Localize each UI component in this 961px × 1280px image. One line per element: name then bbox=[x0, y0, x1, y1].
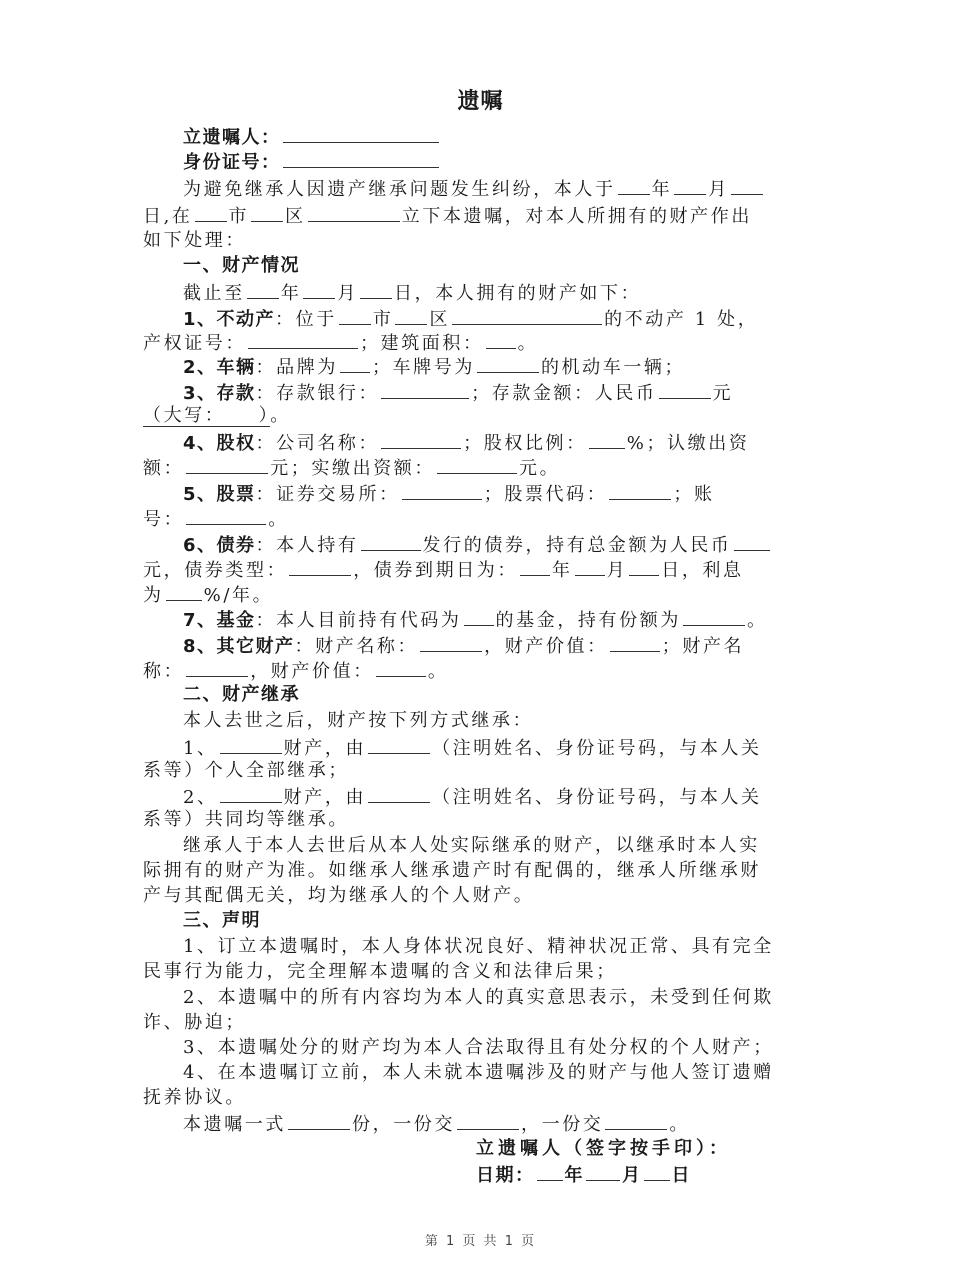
copy-recipient-1-blank[interactable] bbox=[457, 1111, 519, 1130]
intro-text: 立下本遗嘱，对本人所拥有的财产作出 bbox=[402, 206, 752, 227]
vehicle-brand-blank[interactable] bbox=[340, 354, 370, 373]
intro-year-blank[interactable] bbox=[618, 176, 650, 195]
inherit-1-asset-blank[interactable] bbox=[220, 735, 282, 754]
section-heading-declaration: 三、声明 bbox=[143, 909, 863, 933]
document-title: 遗嘱 bbox=[0, 84, 961, 115]
item-text: ，一份交 bbox=[521, 1114, 603, 1135]
intro-address-blank[interactable] bbox=[308, 203, 400, 222]
item-text: 的不动产 1 处， bbox=[604, 309, 758, 330]
bond-line-2: 元，债券类型：，债券到期日为：年月日，利息 bbox=[143, 557, 823, 583]
id-field-row: 身份证号： bbox=[143, 149, 863, 175]
id-label: 身份证号： bbox=[183, 152, 281, 173]
testator-label: 立遗嘱人： bbox=[183, 127, 281, 148]
inheritance-item-1-line-1: 1、财产，由（注明姓名、身份证号码，与本人关 bbox=[143, 735, 863, 761]
subscribed-capital-blank[interactable] bbox=[186, 455, 268, 474]
year-text: 年 bbox=[552, 560, 573, 581]
inherit-2-heir-blank[interactable] bbox=[368, 784, 430, 803]
item-text: 称： bbox=[143, 661, 184, 682]
item-text: ；股权比例： bbox=[463, 433, 587, 454]
maturity-month-blank[interactable] bbox=[575, 557, 605, 576]
signature-date-line: 日期：年月日 bbox=[476, 1162, 796, 1188]
fund-line: 7、基金：本人目前持有代码为的基金，持有份额为。 bbox=[143, 607, 863, 633]
item-text: ：本人目前持有代码为 bbox=[256, 610, 462, 631]
month-text: 月 bbox=[708, 179, 729, 200]
item-text: %/年。 bbox=[204, 585, 274, 606]
date-label: 日期： bbox=[476, 1165, 535, 1186]
fund-shares-blank[interactable] bbox=[683, 607, 745, 626]
intro-city-blank[interactable] bbox=[195, 203, 227, 222]
real-estate-address-blank[interactable] bbox=[452, 306, 602, 325]
sign-day-blank[interactable] bbox=[644, 1162, 670, 1181]
real-estate-line-1: 1、不动产：位于市区的不动产 1 处， bbox=[143, 306, 863, 332]
intro-month-blank[interactable] bbox=[674, 176, 706, 195]
intro-text: 为避免继承人因遗产继承问题发生纠纷，本人于 bbox=[183, 179, 616, 200]
item-text: 产权证号： bbox=[143, 333, 246, 354]
item-text: 份，一份交 bbox=[352, 1114, 455, 1135]
day-text: 日 bbox=[672, 1165, 692, 1186]
item-text: 为 bbox=[143, 585, 164, 606]
company-name-blank[interactable] bbox=[381, 430, 461, 449]
fund-code-blank[interactable] bbox=[464, 607, 494, 626]
declaration-4-line-2: 抚养协议。 bbox=[143, 1086, 823, 1110]
inherit-2-asset-blank[interactable] bbox=[220, 784, 282, 803]
city-text: 市 bbox=[229, 206, 250, 227]
item-text: ；建筑面积： bbox=[360, 333, 484, 354]
declaration-1-line-1: 1、订立本遗嘱时，本人身体状况良好、精神状况正常、具有完全 bbox=[143, 935, 863, 959]
bond-issuer-blank[interactable] bbox=[361, 532, 421, 551]
inheritance-para-line-2: 际拥有的财产为准。如继承人继承遗产时有配偶的，继承人所继承财 bbox=[143, 859, 823, 883]
item-text: 发行的债券，持有总金额为人民币 bbox=[423, 535, 732, 556]
asset-value-2-blank[interactable] bbox=[376, 658, 426, 677]
section-heading-inheritance: 二、财产继承 bbox=[143, 683, 863, 707]
sign-month-blank[interactable] bbox=[586, 1162, 620, 1181]
item-text: 元；实缴出资额： bbox=[270, 458, 435, 479]
other-assets-line-1: 8、其它财产：财产名称：，财产价值：；财产名 bbox=[143, 633, 863, 659]
vehicle-line: 2、车辆：品牌为；车牌号为的机动车一辆； bbox=[143, 354, 863, 380]
stock-line-2: 号：。 bbox=[143, 506, 823, 532]
copy-recipient-2-blank[interactable] bbox=[605, 1111, 667, 1130]
item-text: ；股票代码： bbox=[484, 484, 608, 505]
city-text: 市 bbox=[373, 309, 394, 330]
document-page: 遗嘱 立遗嘱人： 身份证号： 为避免继承人因遗产继承问题发生纠纷，本人于年月 日… bbox=[0, 0, 961, 1280]
inheritance-para-line-3: 产与其配偶无关，均为继承人的个人财产。 bbox=[143, 884, 823, 908]
asof-text: 日，本人拥有的财产如下： bbox=[394, 283, 641, 304]
copies-count-blank[interactable] bbox=[288, 1111, 350, 1130]
inheritance-item-2-line-2: 系等）共同均等继承。 bbox=[143, 808, 823, 832]
vehicle-label: 2、车辆 bbox=[183, 357, 256, 378]
item-text: （注明姓名、身份证号码，与本人关 bbox=[432, 787, 762, 808]
item-text: ；账 bbox=[673, 484, 714, 505]
bond-label: 6、债券 bbox=[183, 535, 256, 556]
plate-number-blank[interactable] bbox=[477, 354, 539, 373]
account-number-blank[interactable] bbox=[186, 506, 266, 525]
bond-line-3: 为%/年。 bbox=[143, 582, 823, 608]
month-text: 月 bbox=[622, 1165, 642, 1186]
item-text: 元。 bbox=[519, 458, 560, 479]
item-text: 。 bbox=[669, 1114, 690, 1135]
declaration-4-line-1: 4、在本遗嘱订立前，本人未就本遗嘱涉及的财产与他人签订遗赠 bbox=[143, 1061, 863, 1085]
item-text: 元 bbox=[713, 383, 734, 404]
stock-line-1: 5、股票：证券交易所：；股票代码：；账 bbox=[143, 481, 863, 507]
month-text: 月 bbox=[337, 283, 358, 304]
item-text: ；存款金额：人民币 bbox=[471, 383, 656, 404]
intro-line-2: 日,在市区立下本遗嘱，对本人所拥有的财产作出 bbox=[143, 203, 823, 229]
item-text: ，财产价值： bbox=[484, 636, 608, 657]
intro-line-3: 如下处理： bbox=[143, 229, 823, 253]
item-text: ：品牌为 bbox=[256, 357, 338, 378]
item-text: ，财产价值： bbox=[250, 661, 374, 682]
paid-capital-blank[interactable] bbox=[437, 455, 517, 474]
item-text: ，债券到期日为： bbox=[353, 560, 518, 581]
item-text: ：财产名称： bbox=[295, 636, 419, 657]
real-estate-line-2: 产权证号：；建筑面积：。 bbox=[143, 330, 823, 356]
section-heading-assets: 一、财产情况 bbox=[143, 254, 863, 278]
item-text: 。 bbox=[268, 509, 289, 530]
other-assets-line-2: 称：，财产价值：。 bbox=[143, 658, 823, 684]
deposit-label: 3、存款 bbox=[183, 383, 256, 404]
inheritance-item-1-line-2: 系等）个人全部继承； bbox=[143, 759, 823, 783]
year-text: 年 bbox=[281, 283, 302, 304]
equity-label: 4、股权 bbox=[183, 433, 256, 454]
item-text: 日，利息 bbox=[661, 560, 743, 581]
item-text: 。 bbox=[747, 610, 768, 631]
item-text: 元，债券类型： bbox=[143, 560, 287, 581]
item-text: 。 bbox=[270, 405, 291, 426]
intro-day-blank[interactable] bbox=[731, 176, 763, 195]
interest-rate-blank[interactable] bbox=[166, 582, 202, 601]
inheritance-item-2-line-1: 2、财产，由（注明姓名、身份证号码，与本人关 bbox=[143, 784, 863, 810]
stock-label: 5、股票 bbox=[183, 484, 256, 505]
day-place-text: 日,在 bbox=[143, 206, 193, 227]
id-number-blank[interactable] bbox=[283, 149, 439, 168]
equity-line-1: 4、股权：公司名称：；股权比例：%；认缴出资 bbox=[143, 430, 863, 456]
item-text: （注明姓名、身份证号码，与本人关 bbox=[432, 738, 762, 759]
page-footer: 第 1 页 共 1 页 bbox=[0, 1230, 961, 1249]
asset-value-1-blank[interactable] bbox=[610, 633, 660, 652]
other-assets-label: 8、其它财产 bbox=[183, 636, 295, 657]
item-text: 号： bbox=[143, 509, 184, 530]
inheritance-intro: 本人去世之后，财产按下列方式继承： bbox=[143, 709, 863, 733]
declaration-2-line-1: 2、本遗嘱中的所有内容均为本人的真实意思表示，未受到任何欺 bbox=[143, 986, 863, 1010]
declaration-1-line-2: 民事行为能力，完全理解本遗嘱的含义和法律后果； bbox=[143, 960, 823, 984]
item-text: ：存款银行： bbox=[256, 383, 380, 404]
asset-name-1-blank[interactable] bbox=[420, 633, 482, 652]
item-text: 的基金，持有份额为 bbox=[496, 610, 681, 631]
intro-line-1: 为避免继承人因遗产继承问题发生纠纷，本人于年月 bbox=[143, 176, 863, 202]
testator-name-blank[interactable] bbox=[283, 124, 439, 143]
asof-line: 截止至年月日，本人拥有的财产如下： bbox=[143, 280, 863, 306]
bond-amount-blank[interactable] bbox=[734, 532, 770, 551]
year-text: 年 bbox=[652, 179, 673, 200]
district-text: 区 bbox=[429, 309, 450, 330]
item-text: 2、 bbox=[183, 787, 218, 808]
item-text: %；认缴出资 bbox=[627, 433, 750, 454]
maturity-year-blank[interactable] bbox=[520, 557, 550, 576]
item-text: ；车牌号为 bbox=[372, 357, 475, 378]
intro-district-blank[interactable] bbox=[251, 203, 283, 222]
district-text: 区 bbox=[285, 206, 306, 227]
maturity-day-blank[interactable] bbox=[629, 557, 659, 576]
testator-field-row: 立遗嘱人： bbox=[143, 124, 863, 150]
stock-code-blank[interactable] bbox=[609, 481, 671, 500]
month-text: 月 bbox=[607, 560, 628, 581]
bond-type-blank[interactable] bbox=[289, 557, 351, 576]
asset-name-2-blank[interactable] bbox=[186, 658, 248, 677]
real-estate-city-blank[interactable] bbox=[339, 306, 371, 325]
item-text: 。 bbox=[428, 661, 449, 682]
item-text: 本遗嘱一式 bbox=[183, 1114, 286, 1135]
copies-line: 本遗嘱一式份，一份交，一份交。 bbox=[143, 1111, 863, 1137]
item-text: ：位于 bbox=[275, 309, 337, 330]
asof-year-blank[interactable] bbox=[247, 280, 279, 299]
inherit-1-heir-blank[interactable] bbox=[368, 735, 430, 754]
equity-ratio-blank[interactable] bbox=[589, 430, 625, 449]
declaration-3-line-1: 3、本遗嘱处分的财产均为本人合法取得且有处分权的个人财产； bbox=[143, 1036, 863, 1060]
real-estate-label: 1、不动产 bbox=[183, 309, 275, 330]
exchange-blank[interactable] bbox=[402, 481, 482, 500]
item-text: ：证券交易所： bbox=[256, 484, 400, 505]
fund-label: 7、基金 bbox=[183, 610, 256, 631]
item-text: 额： bbox=[143, 458, 184, 479]
floor-area-blank[interactable] bbox=[486, 330, 516, 349]
inheritance-para-line-1: 继承人于本人去世后从本人处实际继承的财产，以继承时本人实 bbox=[143, 834, 863, 858]
amount-in-words-blank[interactable]: （大写： ） bbox=[143, 405, 270, 427]
item-text: ：本人持有 bbox=[256, 535, 359, 556]
asof-month-blank[interactable] bbox=[303, 280, 335, 299]
signature-label: 立遗嘱人（签字按手印）： bbox=[476, 1137, 796, 1161]
property-cert-blank[interactable] bbox=[248, 330, 358, 349]
deposit-line-2: （大写： ）。 bbox=[143, 404, 823, 428]
item-text: ：公司名称： bbox=[256, 433, 380, 454]
year-text: 年 bbox=[565, 1165, 585, 1186]
equity-line-2: 额：元；实缴出资额：元。 bbox=[143, 455, 823, 481]
item-text: ；财产名 bbox=[662, 636, 744, 657]
item-text: 的机动车一辆； bbox=[541, 357, 685, 378]
asof-text: 截止至 bbox=[183, 283, 245, 304]
item-text: 财产，由 bbox=[284, 738, 366, 759]
sign-year-blank[interactable] bbox=[537, 1162, 563, 1181]
item-text: 财产，由 bbox=[284, 787, 366, 808]
item-text: 。 bbox=[518, 333, 539, 354]
deposit-amount-blank[interactable] bbox=[659, 380, 711, 399]
declaration-2-line-2: 诈、胁迫； bbox=[143, 1011, 823, 1035]
asof-day-blank[interactable] bbox=[360, 280, 392, 299]
item-text: 1、 bbox=[183, 738, 218, 759]
bank-blank[interactable] bbox=[381, 380, 469, 399]
bond-line-1: 6、债券：本人持有发行的债券，持有总金额为人民币 bbox=[143, 532, 863, 558]
real-estate-district-blank[interactable] bbox=[395, 306, 427, 325]
deposit-line-1: 3、存款：存款银行：；存款金额：人民币元 bbox=[143, 380, 863, 406]
